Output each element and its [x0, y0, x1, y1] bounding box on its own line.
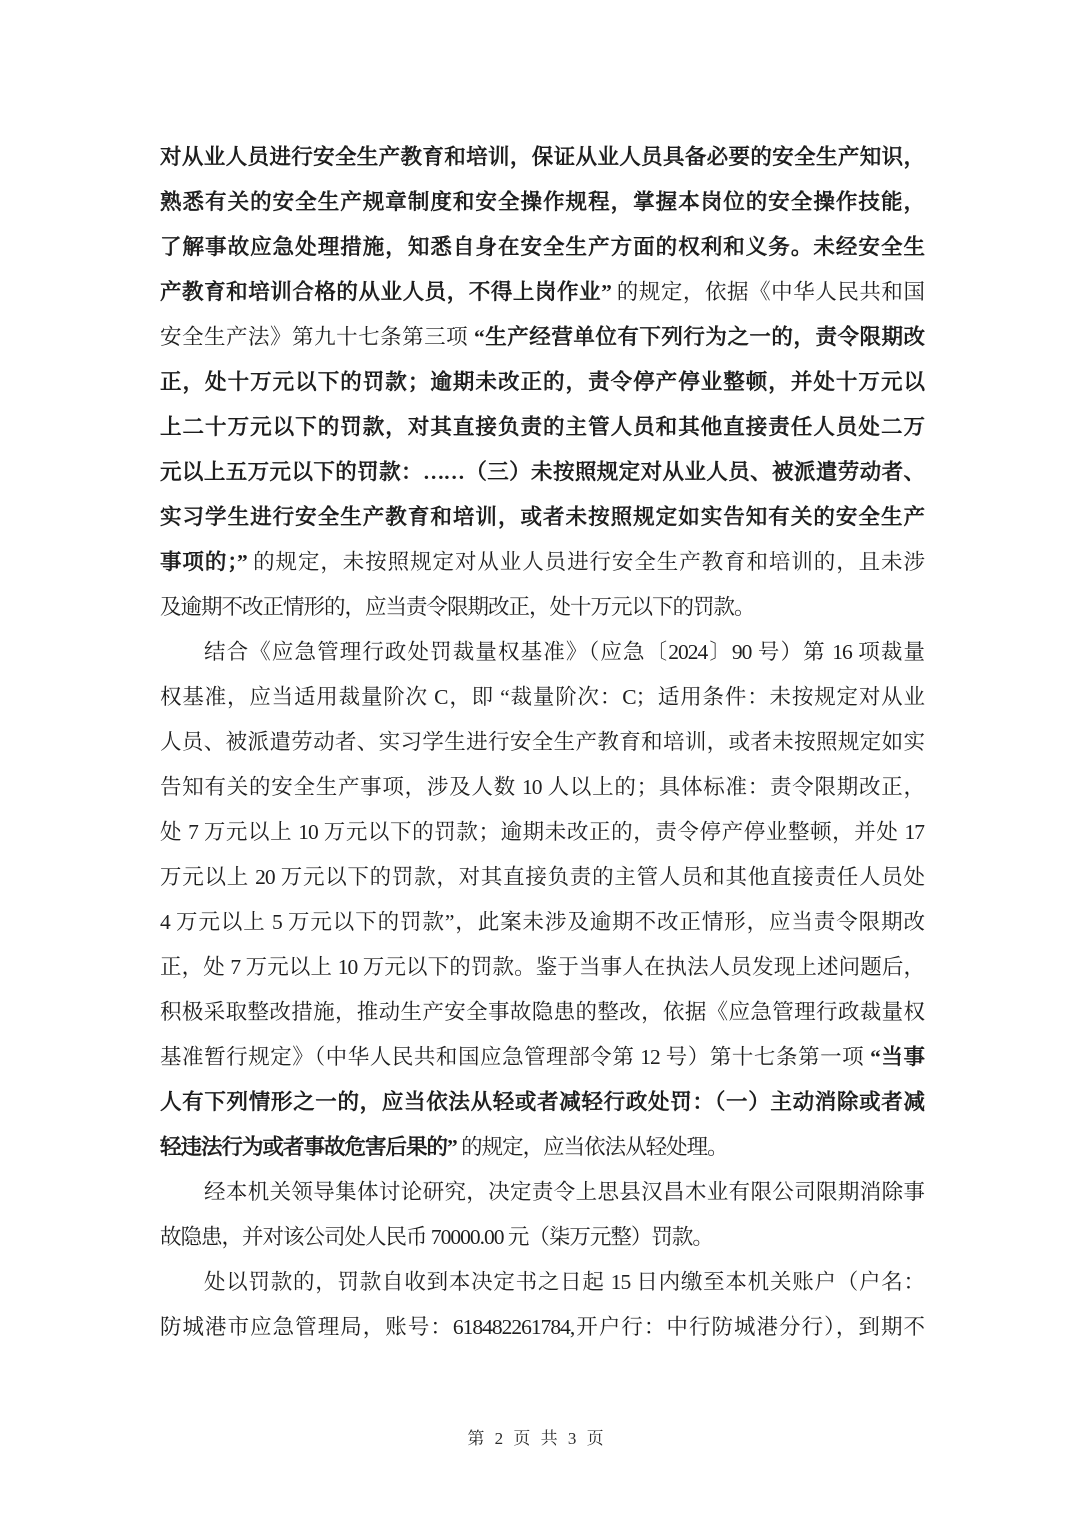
page-number: 第 2 页 共 3 页	[0, 1424, 1074, 1454]
text-segment: 积极采取整改措施，推动生产安全事故隐患的整改，依据《应急管理行政裁量权	[160, 1000, 924, 1024]
text-segment: 及逾期不改正情形的，应当责令限期改正，处十万元以下的罚款。	[160, 595, 755, 619]
text-segment: 4 万元以上 5 万元以下的罚款”，此案未涉及逾期不改正情形，应当责令限期改	[160, 910, 924, 934]
text-segment: “当事	[870, 1045, 924, 1069]
text-segment: 人有下列情形之一的，应当依法从轻或者减轻行政处罚：（一）主动消除或者减	[160, 1090, 924, 1114]
text-segment: 正，处十万元以下的罚款；逾期未改正的，责令停产停业整顿，并处十万元以	[160, 370, 924, 394]
text-segment: 正，处 7 万元以上 10 万元以下的罚款。鉴于当事人在执法人员发现上述问题后，	[160, 955, 924, 979]
text-segment: 权基准，应当适用裁量阶次 C，即 “裁量阶次：C；适用条件：未按规定对从业	[160, 685, 924, 709]
text-line: 元以上五万元以下的罚款：……（三）未按照规定对从业人员、被派遣劳动者、	[160, 450, 924, 495]
text-segment: 产教育和培训合格的从业人员，不得上岗作业”	[160, 280, 611, 304]
text-segment: 人员、被派遣劳动者、实习学生进行安全生产教育和培训，或者未按照规定如实	[160, 730, 924, 754]
text-line: 万元以上 20 万元以下的罚款，对其直接负责的主管人员和其他直接责任人员处	[160, 855, 924, 900]
text-segment: 经本机关领导集体讨论研究，决定责令上思县汉昌木业有限公司限期消除事	[204, 1180, 924, 1204]
text-segment: 的规定，应当依法从轻处理。	[457, 1135, 728, 1159]
document-lines: 对从业人员进行安全生产教育和培训，保证从业人员具备必要的安全生产知识，熟悉有关的…	[160, 135, 924, 1350]
text-line: 基准暂行规定》（中华人民共和国应急管理部令第 12 号）第十七条第一项 “当事	[160, 1035, 924, 1080]
text-segment: 的规定，未按照规定对从业人员进行安全生产教育和培训的，且未涉	[247, 550, 924, 574]
text-segment: 了解事故应急处理措施，知悉自身在安全生产方面的权利和义务。未经安全生	[160, 235, 924, 259]
text-segment: 结合《应急管理行政处罚裁量权基准》（应急〔2024〕90 号）第 16 项裁量	[204, 640, 924, 664]
text-line: 处以罚款的，罚款自收到本决定书之日起 15 日内缴至本机关账户（户名：	[160, 1260, 924, 1305]
text-line: 经本机关领导集体讨论研究，决定责令上思县汉昌木业有限公司限期消除事	[160, 1170, 924, 1215]
text-line: 对从业人员进行安全生产教育和培训，保证从业人员具备必要的安全生产知识，	[160, 135, 924, 180]
text-line: 正，处十万元以下的罚款；逾期未改正的，责令停产停业整顿，并处十万元以	[160, 360, 924, 405]
text-line: 了解事故应急处理措施，知悉自身在安全生产方面的权利和义务。未经安全生	[160, 225, 924, 270]
text-segment: 熟悉有关的安全生产规章制度和安全操作规程，掌握本岗位的安全操作技能，	[160, 190, 924, 214]
text-segment: 轻违法行为或者事故危害后果的”	[160, 1135, 457, 1159]
text-line: 事项的；” 的规定，未按照规定对从业人员进行安全生产教育和培训的，且未涉	[160, 540, 924, 585]
text-line: 4 万元以上 5 万元以下的罚款”，此案未涉及逾期不改正情形，应当责令限期改	[160, 900, 924, 945]
text-segment: 告知有关的安全生产事项，涉及人数 10 人以上的；具体标准：责令限期改正，	[160, 775, 924, 799]
text-line: 权基准，应当适用裁量阶次 C，即 “裁量阶次：C；适用条件：未按规定对从业	[160, 675, 924, 720]
text-segment: 实习学生进行安全生产教育和培训，或者未按照规定如实告知有关的安全生产	[160, 505, 924, 529]
text-segment: 处以罚款的，罚款自收到本决定书之日起 15 日内缴至本机关账户（户名：	[204, 1270, 924, 1294]
text-segment: 元以上五万元以下的罚款：……（三）未按照规定对从业人员、被派遣劳动者、	[160, 460, 924, 484]
text-line: 及逾期不改正情形的，应当责令限期改正，处十万元以下的罚款。	[160, 585, 924, 630]
text-segment: 安全生产法》第九十七条第三项	[160, 325, 474, 349]
text-segment: 万元以上 20 万元以下的罚款，对其直接负责的主管人员和其他直接责任人员处	[160, 865, 924, 889]
text-line: 轻违法行为或者事故危害后果的” 的规定，应当依法从轻处理。	[160, 1125, 924, 1170]
text-line: 上二十万元以下的罚款，对其直接负责的主管人员和其他直接责任人员处二万	[160, 405, 924, 450]
text-segment: 对从业人员进行安全生产教育和培训，保证从业人员具备必要的安全生产知识，	[160, 145, 924, 169]
text-segment: 故隐患，并对该公司处人民币 70000.00 元（柒万元整）罚款。	[160, 1225, 713, 1249]
text-line: 人有下列情形之一的，应当依法从轻或者减轻行政处罚：（一）主动消除或者减	[160, 1080, 924, 1125]
text-segment: 的规定，依据《中华人民共和国	[611, 280, 924, 304]
text-line: 防城港市应急管理局，账号：618482261784,开户行：中行防城港分行），到…	[160, 1305, 924, 1350]
text-line: 产教育和培训合格的从业人员，不得上岗作业” 的规定，依据《中华人民共和国	[160, 270, 924, 315]
text-line: 积极采取整改措施，推动生产安全事故隐患的整改，依据《应急管理行政裁量权	[160, 990, 924, 1035]
text-line: 实习学生进行安全生产教育和培训，或者未按照规定如实告知有关的安全生产	[160, 495, 924, 540]
text-segment: 基准暂行规定》（中华人民共和国应急管理部令第 12 号）第十七条第一项	[160, 1045, 870, 1069]
document-page: 对从业人员进行安全生产教育和培训，保证从业人员具备必要的安全生产知识，熟悉有关的…	[0, 0, 1074, 1520]
text-segment: “生产经营单位有下列行为之一的，责令限期改	[474, 325, 924, 349]
text-line: 告知有关的安全生产事项，涉及人数 10 人以上的；具体标准：责令限期改正，	[160, 765, 924, 810]
text-line: 安全生产法》第九十七条第三项 “生产经营单位有下列行为之一的，责令限期改	[160, 315, 924, 360]
text-line: 人员、被派遣劳动者、实习学生进行安全生产教育和培训，或者未按照规定如实	[160, 720, 924, 765]
text-segment: 上二十万元以下的罚款，对其直接负责的主管人员和其他直接责任人员处二万	[160, 415, 924, 439]
text-line: 处 7 万元以上 10 万元以下的罚款；逾期未改正的，责令停产停业整顿，并处 1…	[160, 810, 924, 855]
text-segment: 处 7 万元以上 10 万元以下的罚款；逾期未改正的，责令停产停业整顿，并处 1…	[160, 820, 924, 844]
text-segment: 事项的；”	[160, 550, 247, 574]
text-line: 正，处 7 万元以上 10 万元以下的罚款。鉴于当事人在执法人员发现上述问题后，	[160, 945, 924, 990]
text-line: 结合《应急管理行政处罚裁量权基准》（应急〔2024〕90 号）第 16 项裁量	[160, 630, 924, 675]
text-segment: 防城港市应急管理局，账号：618482261784,开户行：中行防城港分行），到…	[160, 1315, 924, 1339]
text-line: 故隐患，并对该公司处人民币 70000.00 元（柒万元整）罚款。	[160, 1215, 924, 1260]
text-line: 熟悉有关的安全生产规章制度和安全操作规程，掌握本岗位的安全操作技能，	[160, 180, 924, 225]
